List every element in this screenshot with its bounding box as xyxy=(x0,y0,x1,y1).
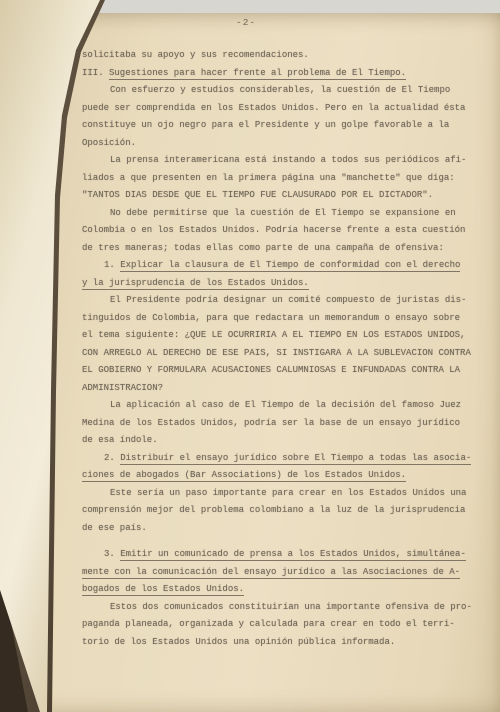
text-line: La aplicación al caso de El Tiempo de la… xyxy=(82,397,486,415)
section-title: Sugestiones para hacer frente al problem… xyxy=(109,68,406,80)
text-line: solicitaba su apoyo y sus recomendacione… xyxy=(82,47,486,65)
item-title: Emitir un comunicado de prensa a los Est… xyxy=(120,549,466,561)
text-line-caps: EL GOBIERNO Y FORMULARA ACUSACIONES CALU… xyxy=(82,362,486,380)
text-line: liados a que presenten en la primera pág… xyxy=(82,170,486,188)
list-item-3: 3.Emitir un comunicado de prensa a los E… xyxy=(82,546,486,564)
text-line-caps: ADMINISTRACION? xyxy=(82,380,486,398)
scanned-document-photo: -2- solicitaba su apoyo y sus recomendac… xyxy=(0,0,500,712)
text-line: La prensa interamericana está instando a… xyxy=(82,152,486,170)
text-line: Con esfuerzo y estudios considerables, l… xyxy=(82,82,486,100)
list-item-2: 2.Distribuír el ensayo jurídico sobre El… xyxy=(82,450,486,468)
item-number: 3. xyxy=(104,549,120,559)
item-number: 1. xyxy=(104,260,120,270)
list-item-2-continued: ciones de abogados (Bar Associations) de… xyxy=(82,467,486,485)
list-item-3-continued: bogados de los Estados Unidos. xyxy=(82,581,486,599)
text-line: Medina de los Estados Unidos, podría ser… xyxy=(82,415,486,433)
text-line: de tres maneras; todas ellas como parte … xyxy=(82,240,486,258)
text-line: de ese país. xyxy=(82,520,486,538)
item-number: 2. xyxy=(104,453,120,463)
list-item-1-continued: y la jurisprudencia de los Estados Unido… xyxy=(82,275,486,293)
text-line: constituye un ojo negro para el Presiden… xyxy=(82,117,486,135)
item-title: Distribuír el ensayo jurídico sobre El T… xyxy=(120,453,471,465)
document-page: -2- solicitaba su apoyo y sus recomendac… xyxy=(44,13,500,712)
text-line: de esa índole. xyxy=(82,432,486,450)
text-line: Oposición. xyxy=(82,135,486,153)
text-line: No debe permitirse que la cuestión de El… xyxy=(82,205,486,223)
section-heading: III.Sugestiones para hacer frente al pro… xyxy=(82,65,486,83)
text-line-caps: "TANTOS DIAS DESDE QUE EL TIEMPO FUE CLA… xyxy=(82,187,486,205)
text-line: Este sería un paso importante para crear… xyxy=(82,485,486,503)
text-line: comprensión mejor del problema colombian… xyxy=(82,502,486,520)
list-item-3-continued: mente con la comunicación del ensayo jur… xyxy=(82,564,486,582)
page-number: -2- xyxy=(236,17,256,28)
text-line: el tema siguiente: ¿QUE LE OCURRIRIA A E… xyxy=(82,327,486,345)
section-number: III. xyxy=(82,68,109,78)
text-line: paganda planeada, organizada y calculada… xyxy=(82,616,486,634)
typewritten-text: solicitaba su apoyo y sus recomendacione… xyxy=(82,47,486,651)
text-line: puede ser comprendida en los Estados Uni… xyxy=(82,100,486,118)
text-line-caps: CON ARREGLO AL DERECHO DE ESE PAIS, SI I… xyxy=(82,345,486,363)
text-line: torio de los Estados Unidos una opinión … xyxy=(82,634,486,652)
text-line: Estos dos comunicados constituirían una … xyxy=(82,599,486,617)
item-title: Explicar la clausura de El Tiempo de con… xyxy=(120,260,460,272)
text-line: El Presidente podría designar un comité … xyxy=(82,292,486,310)
list-item-1: 1.Explicar la clausura de El Tiempo de c… xyxy=(82,257,486,275)
text-line: tinguidos de Colombia, para que redactar… xyxy=(82,310,486,328)
text-line: Colombia o en los Estados Unidos. Podría… xyxy=(82,222,486,240)
